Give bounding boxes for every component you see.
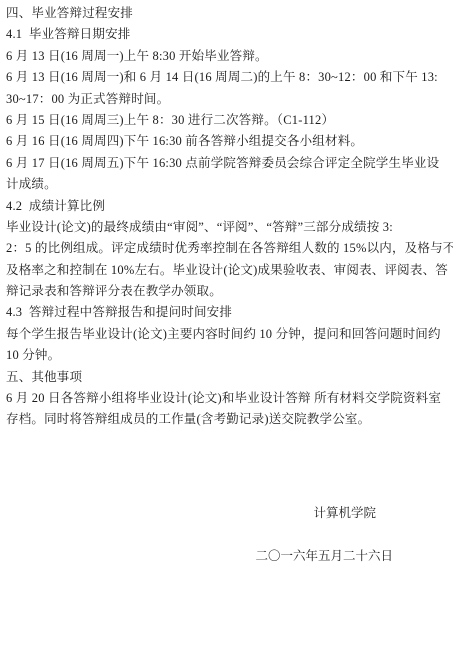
body-line: 10 分钟。 [6, 345, 453, 366]
section-heading-4: 四、毕业答辩过程安排 [6, 3, 453, 24]
body-line: 30~17：00 为正式答辩时间。 [6, 89, 453, 110]
body-line: 6 月 20 日各答辩小组将毕业设计(论文)和毕业设计答辩 所有材料交学院资料室 [6, 388, 453, 409]
body-line: 6 月 17 日(16 周周五)下午 16:30 点前学院答辩委员会综合评定全院… [6, 153, 453, 174]
signature-date: 二〇一六年五月二十六日 [0, 546, 393, 564]
document-page: { "colors": { "background": "#ffffff", "… [0, 0, 453, 656]
subsection-heading-4-3: 4.3 答辩过程中答辩报告和提问时间安排 [6, 302, 453, 323]
document-body: 四、毕业答辩过程安排 4.1 毕业答辩日期安排 6 月 13 日(16 周周一)… [6, 3, 453, 431]
body-line: 6 月 15 日(16 周周三)上午 8：30 进行二次答辩。（C1-112） [6, 110, 453, 131]
subsection-heading-4-1: 4.1 毕业答辩日期安排 [6, 24, 453, 45]
body-line: 辩记录表和答辩评分表在教学办领取。 [6, 281, 453, 302]
body-line: 6 月 16 日(16 周周四)下午 16:30 前各答辩小组提交各小组材料。 [6, 131, 453, 152]
body-line: 及格率之和控制在 10%左右。毕业设计(论文)成果验收表、审阅表、评阅表、答 [6, 260, 453, 281]
body-line: 2：5 的比例组成。评定成绩时优秀率控制在各答辩组人数的 15%以内，及格与不 [6, 238, 453, 259]
body-line: 6 月 13 日(16 周周一)上午 8:30 开始毕业答辩。 [6, 46, 453, 67]
subsection-heading-4-2: 4.2 成绩计算比例 [6, 196, 453, 217]
body-line: 存档。同时将答辩组成员的工作量(含考勤记录)送交院教学公室。 [6, 409, 453, 430]
body-line: 每个学生报告毕业设计(论文)主要内容时间约 10 分钟，提问和回答问题时间约 [6, 324, 453, 345]
section-heading-5: 五、其他事项 [6, 367, 453, 388]
body-line: 毕业设计(论文)的最终成绩由“审阅”、“评阅”、“答辩”三部分成绩按 3: [6, 217, 453, 238]
signature-department: 计算机学院 [0, 503, 376, 521]
body-line: 计成绩。 [6, 174, 453, 195]
body-line: 6 月 13 日(16 周周一)和 6 月 14 日(16 周周二)的上午 8：… [6, 67, 453, 88]
